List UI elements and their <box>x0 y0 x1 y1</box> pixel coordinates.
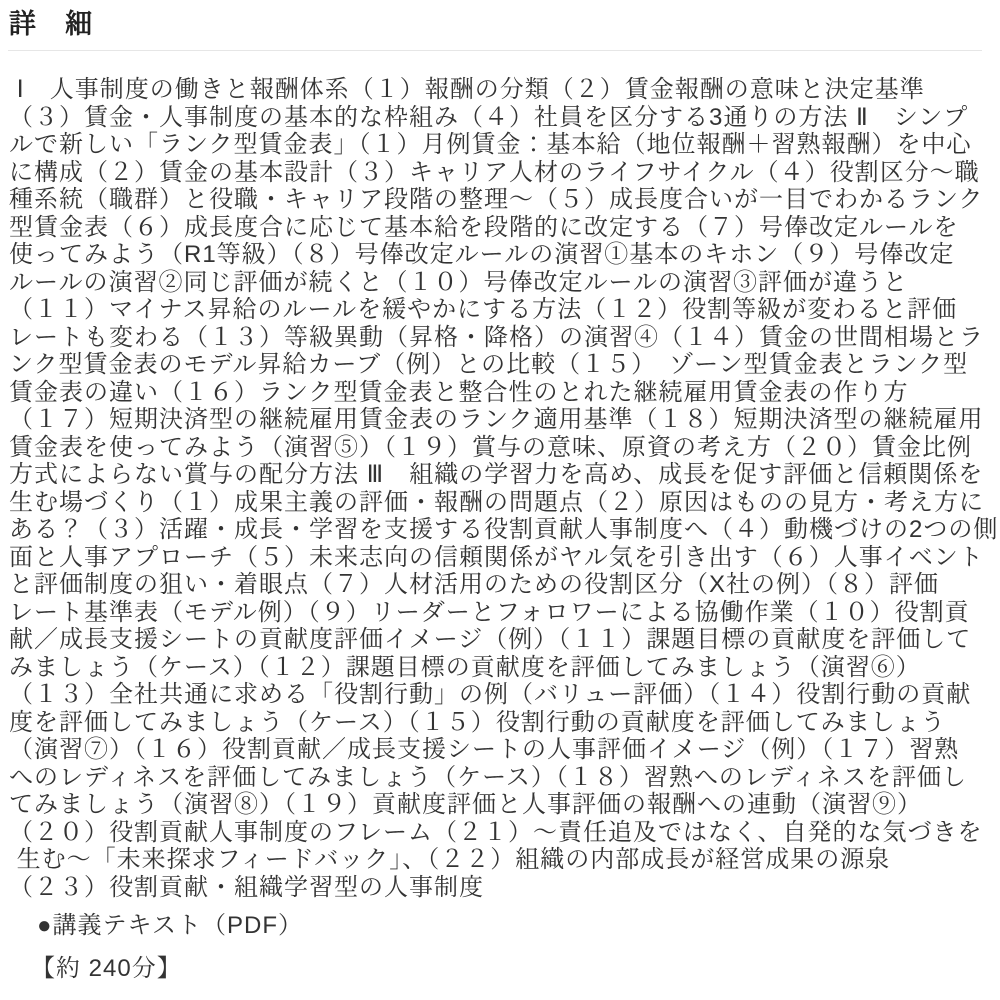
duration-label: 【約 240分】 <box>31 955 1000 983</box>
page-title: 詳 細 <box>9 6 1000 42</box>
course-detail-page: 詳 細 Ⅰ 人事制度の働きと報酬体系（１）報酬の分類（２）賃金報酬の意味と決定基… <box>0 6 1000 1000</box>
syllabus-text: Ⅰ 人事制度の働きと報酬体系（１）報酬の分類（２）賃金報酬の意味と決定基準 （３… <box>9 76 1000 901</box>
materials-item: ●講義テキスト（PDF） <box>37 912 1000 940</box>
title-divider <box>8 50 982 51</box>
